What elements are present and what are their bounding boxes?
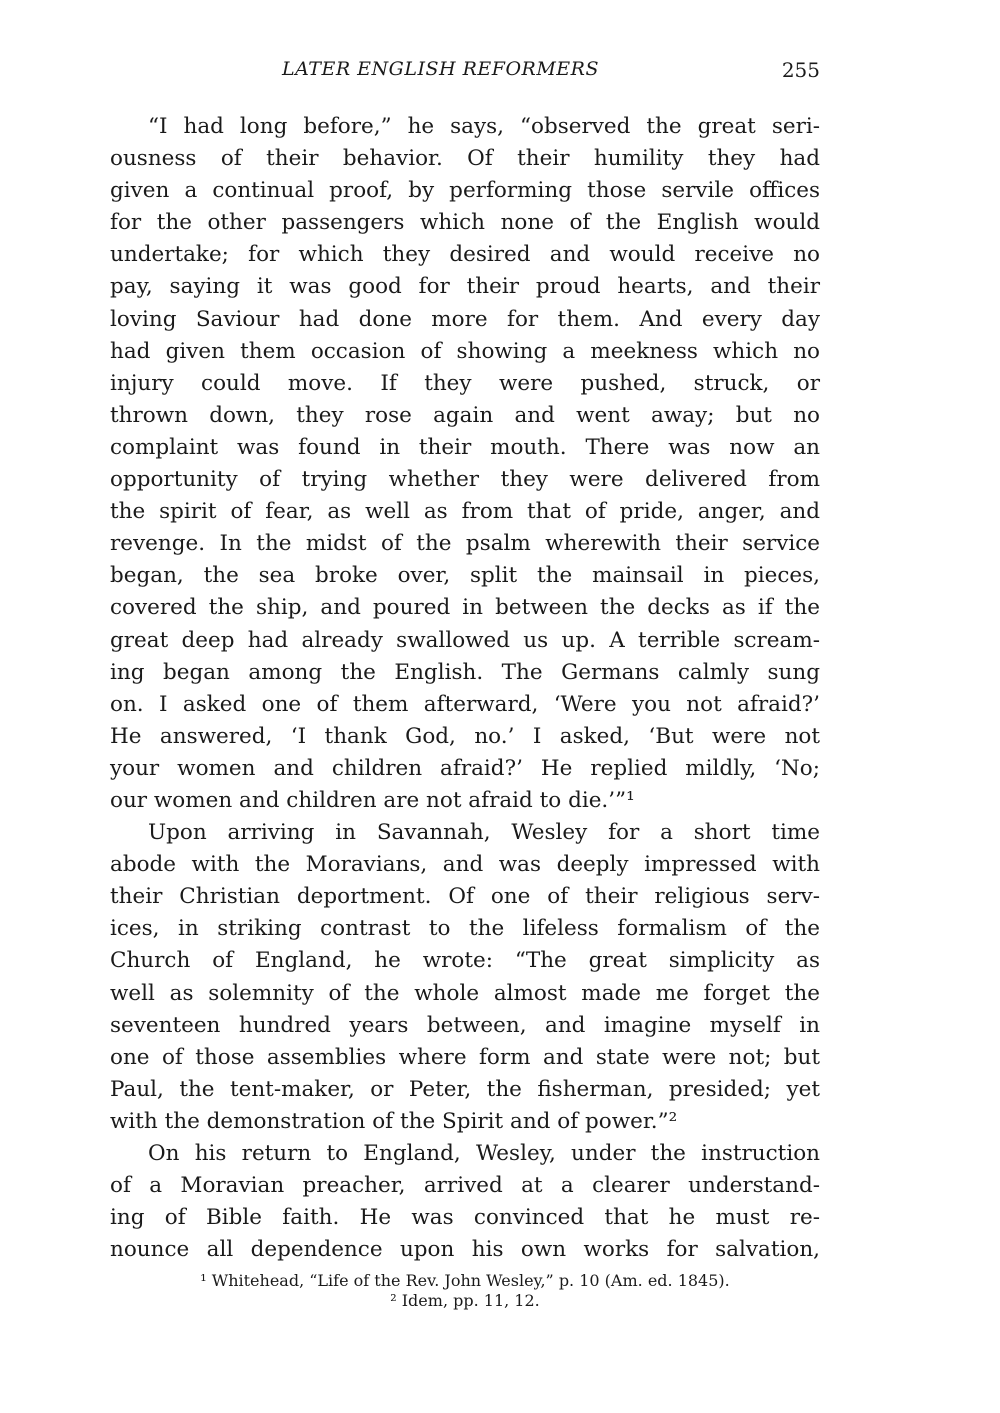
text-line: Church of England, he wrote: “The great …: [110, 945, 820, 977]
text-line: covered the ship, and poured in between …: [110, 592, 820, 624]
text-line: with the demonstration of the Spirit and…: [110, 1106, 820, 1138]
footnote-2: ² Idem, pp. 11, 12.: [110, 1291, 820, 1311]
page-number: 255: [782, 58, 820, 82]
text-line: began, the sea broke over, split the mai…: [110, 560, 820, 592]
text-line: complaint was found in their mouth. Ther…: [110, 432, 820, 464]
text-line: loving Saviour had done more for them. A…: [110, 304, 820, 336]
text-line: on. I asked one of them afterward, ‘Were…: [110, 689, 820, 721]
text-line: given a continual proof, by performing t…: [110, 175, 820, 207]
text-line: well as solemnity of the whole almost ma…: [110, 978, 820, 1010]
text-line: had given them occasion of showing a mee…: [110, 336, 820, 368]
text-line: opportunity of trying whether they were …: [110, 464, 820, 496]
text-line: great deep had already swallowed us up. …: [110, 625, 820, 657]
text-line: thrown down, they rose again and went aw…: [110, 400, 820, 432]
text-line: undertake; for which they desired and wo…: [110, 239, 820, 271]
text-line: your women and children afraid?’ He repl…: [110, 753, 820, 785]
text-line: ousness of their behavior. Of their humi…: [110, 143, 820, 175]
text-line: On his return to England, Wesley, under …: [110, 1138, 820, 1170]
text-line: injury could move. If they were pushed, …: [110, 368, 820, 400]
text-line: He answered, ‘I thank God, no.’ I asked,…: [110, 721, 820, 753]
text-line: nounce all dependence upon his own works…: [110, 1234, 820, 1266]
text-line: their Christian deportment. Of one of th…: [110, 881, 820, 913]
text-line: ing began among the English. The Germans…: [110, 657, 820, 689]
text-line: for the other passengers which none of t…: [110, 207, 820, 239]
text-line: one of those assemblies where form and s…: [110, 1042, 820, 1074]
text-line: the spirit of fear, as well as from that…: [110, 496, 820, 528]
text-line: revenge. In the midst of the psalm where…: [110, 528, 820, 560]
text-line: Paul, the tent-maker, or Peter, the fish…: [110, 1074, 820, 1106]
text-line: seventeen hundred years between, and ima…: [110, 1010, 820, 1042]
text-line: “I had long before,” he says, “observed …: [110, 111, 820, 143]
footnotes: ¹ Whitehead, “Life of the Rev. John Wesl…: [110, 1271, 820, 1311]
text-line: ing of Bible faith. He was convinced tha…: [110, 1202, 820, 1234]
text-line: Upon arriving in Savannah, Wesley for a …: [110, 817, 820, 849]
text-line: abode with the Moravians, and was deeply…: [110, 849, 820, 881]
footnote-1: ¹ Whitehead, “Life of the Rev. John Wesl…: [110, 1271, 820, 1291]
body-text: “I had long before,” he says, “observed …: [110, 111, 820, 1266]
running-title: LATER ENGLISH REFORMERS: [282, 58, 599, 80]
page-header: LATER ENGLISH REFORMERS 255: [110, 58, 820, 88]
text-line: of a Moravian preacher, arrived at a cle…: [110, 1170, 820, 1202]
text-line: pay, saying it was good for their proud …: [110, 271, 820, 303]
text-line: our women and children are not afraid to…: [110, 785, 820, 817]
text-line: ices, in striking contrast to the lifele…: [110, 913, 820, 945]
